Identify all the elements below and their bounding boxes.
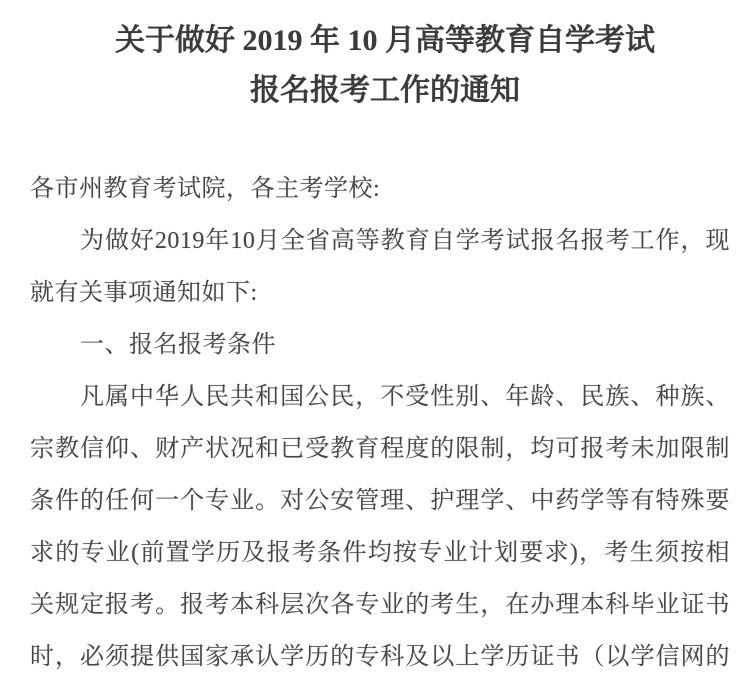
body-line-paragraph-3: 条件的任何一个专业。对公安管理、护理学、中药学等有特殊要 [30, 475, 730, 527]
document-title-line-1: 关于做好 2019 年 10 月高等教育自学考试 [20, 16, 750, 66]
body-line-intro-1: 为做好2019年10月全省高等教育自学考试报名报考工作，现 [30, 215, 730, 267]
body-line-intro-2: 就有关事项通知如下: [30, 267, 730, 319]
document-title: 关于做好 2019 年 10 月高等教育自学考试 报名报考工作的通知 [0, 0, 750, 116]
body-line-paragraph-1: 凡属中华人民共和国公民，不受性别、年龄、民族、种族、 [30, 371, 730, 423]
body-line-section-heading: 一、报名报考条件 [30, 319, 730, 371]
body-line-paragraph-2: 宗教信仰、财产状况和已受教育程度的限制，均可报考未加限制 [30, 423, 730, 475]
body-line-paragraph-4: 求的专业(前置学历及报考条件均按专业计划要求)，考生须按相 [30, 527, 730, 579]
document-title-line-2: 报名报考工作的通知 [20, 66, 750, 116]
document-page: 关于做好 2019 年 10 月高等教育自学考试 报名报考工作的通知 各市州教育… [0, 0, 750, 690]
body-line-paragraph-6: 时，必须提供国家承认学历的专科及以上学历证书（以学信网的 [30, 631, 730, 683]
body-line-salutation: 各市州教育考试院，各主考学校: [30, 163, 730, 215]
document-body: 各市州教育考试院，各主考学校: 为做好2019年10月全省高等教育自学考试报名报… [30, 163, 730, 683]
body-line-paragraph-5: 关规定报考。报考本科层次各专业的考生，在办理本科毕业证书 [30, 579, 730, 631]
